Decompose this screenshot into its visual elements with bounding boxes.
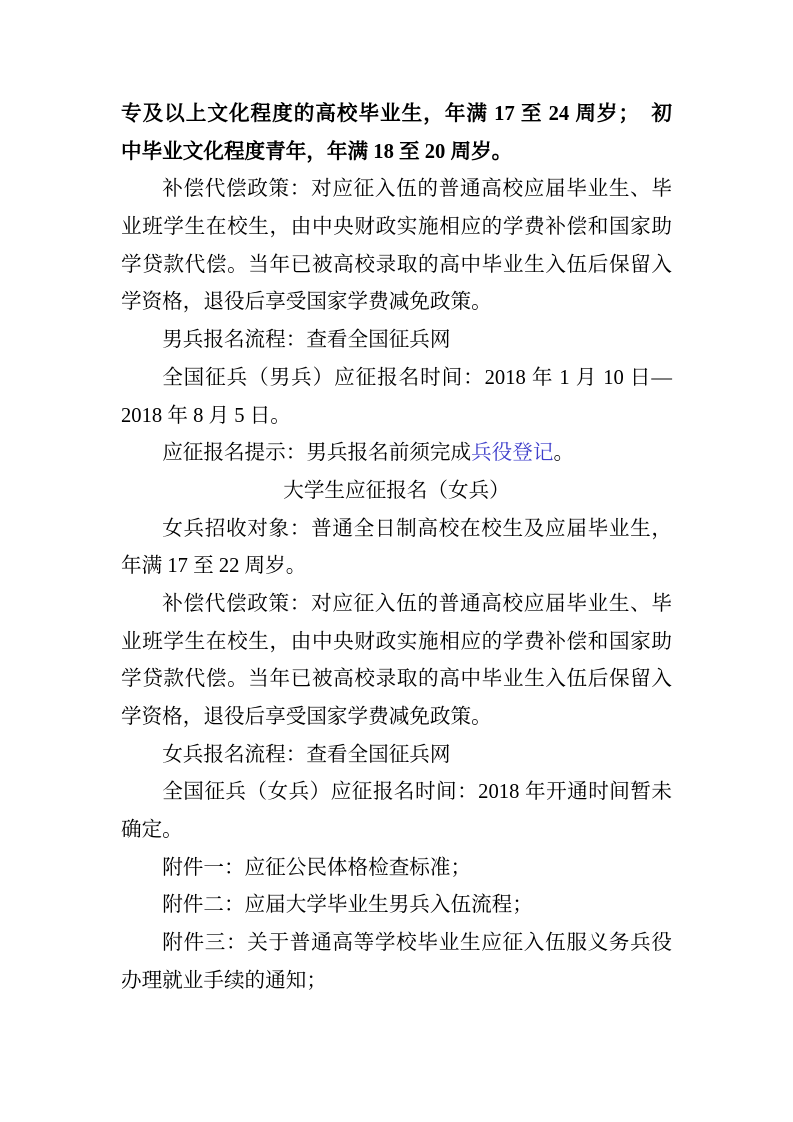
document-body: 专及以上文化程度的高校毕业生，年满 17 至 24 周岁； 初 中毕业文化程度青…	[121, 96, 672, 1001]
male-eligibility-line-2: 中毕业文化程度青年，年满 18 至 20 周岁。	[121, 134, 672, 172]
paragraph-female-signup-time: 全国征兵（女兵）应征报名时间：2018 年开通时间暂未确定。	[121, 774, 672, 849]
female-section-heading: 大学生应征报名（女兵）	[121, 473, 672, 511]
paragraph-male-signup-process: 男兵报名流程：查看全国征兵网	[121, 322, 672, 360]
male-eligibility-line-1: 专及以上文化程度的高校毕业生，年满 17 至 24 周岁； 初	[121, 96, 672, 134]
paragraph-attachment-3: 附件三：关于普通高等学校毕业生应征入伍服义务兵役办理就业手续的通知；	[121, 925, 672, 1000]
paragraph-male-signup-time: 全国征兵（男兵）应征报名时间：2018 年 1 月 10 日—2018 年 8 …	[121, 360, 672, 435]
paragraph-female-signup-process: 女兵报名流程：查看全国征兵网	[121, 737, 672, 775]
document-page: 专及以上文化程度的高校毕业生，年满 17 至 24 周岁； 初 中毕业文化程度青…	[0, 0, 793, 1122]
paragraph-attachment-1: 附件一：应征公民体格检查标准；	[121, 850, 672, 888]
paragraph-male-compensation-policy: 补偿代偿政策：对应征入伍的普通高校应届毕业生、毕业班学生在校生，由中央财政实施相…	[121, 171, 672, 322]
paragraph-signup-tip: 应征报名提示：男兵报名前须完成兵役登记。	[121, 435, 672, 473]
paragraph-female-compensation-policy: 补偿代偿政策：对应征入伍的普通高校应届毕业生、毕业班学生在校生，由中央财政实施相…	[121, 586, 672, 737]
signup-tip-period: 。	[553, 442, 574, 464]
paragraph-attachment-2: 附件二：应届大学毕业生男兵入伍流程；	[121, 887, 672, 925]
military-service-registration-link[interactable]: 兵役登记	[471, 442, 553, 464]
signup-tip-text: 应征报名提示：男兵报名前须完成	[162, 442, 471, 464]
paragraph-female-target: 女兵招收对象：普通全日制高校在校生及应届毕业生，年满 17 至 22 周岁。	[121, 511, 672, 586]
paragraph-male-eligibility-continuation: 专及以上文化程度的高校毕业生，年满 17 至 24 周岁； 初 中毕业文化程度青…	[121, 96, 672, 171]
